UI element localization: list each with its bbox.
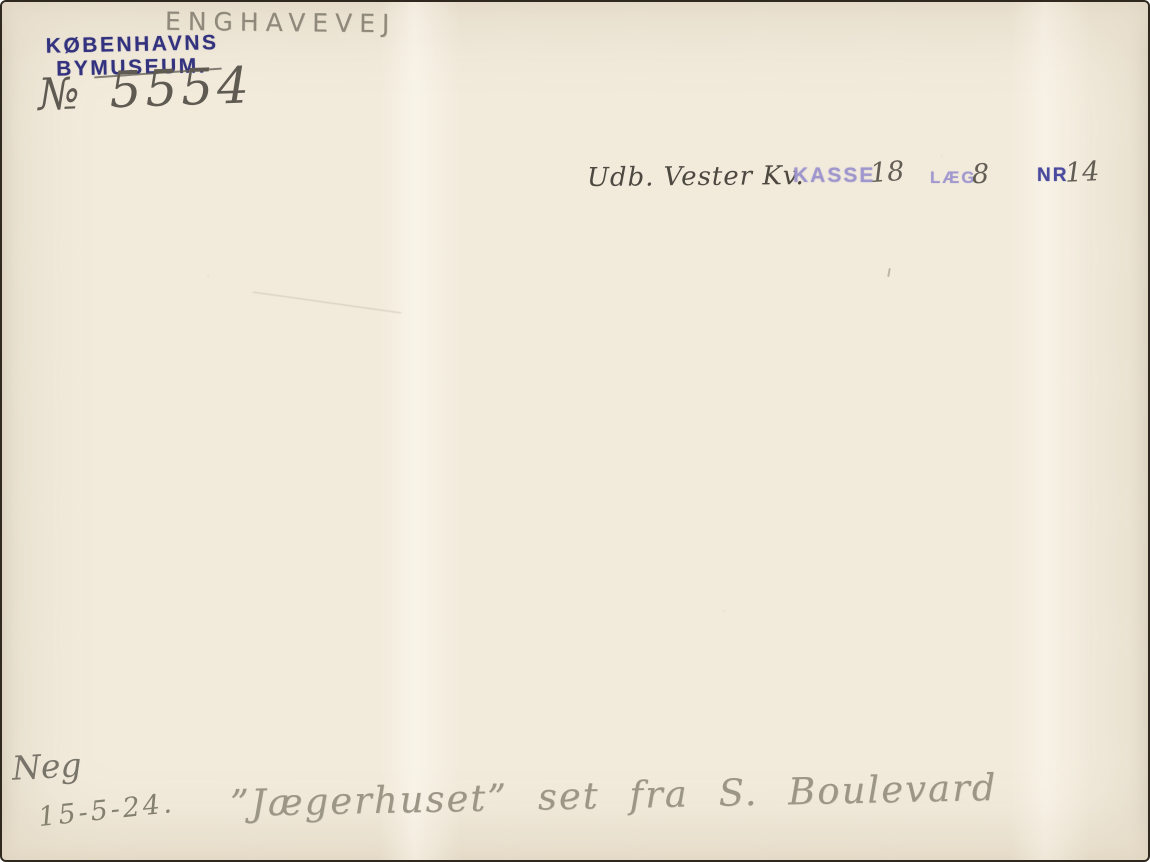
kasse-stamp: KASSE bbox=[793, 164, 875, 188]
kasse-value: 18 bbox=[869, 156, 905, 189]
negative-number: № 5554 bbox=[37, 56, 254, 121]
paper-mark bbox=[887, 268, 891, 277]
paper-scratch bbox=[253, 292, 402, 314]
photo-verso-paper: ENGHAVEVEJ KØBENHAVNS BYMUSEUM. № 5554 U… bbox=[0, 0, 1150, 862]
district-note: Udb. Vester Kv. bbox=[587, 161, 805, 193]
nr-value: 14 bbox=[1064, 156, 1100, 189]
neg-label: Neg bbox=[11, 745, 82, 788]
laeg-value: 8 bbox=[971, 159, 989, 191]
nr-stamp: NR bbox=[1037, 165, 1068, 187]
photo-caption: ”Jægerhuset” set fra S. Boulevard bbox=[230, 766, 998, 825]
laeg-stamp: LÆG bbox=[930, 168, 977, 188]
negative-number-value: 5554 bbox=[109, 56, 254, 119]
paper-texture bbox=[2, 2, 1148, 860]
numero-sign: № bbox=[37, 68, 84, 121]
neg-date: 15-5-24. bbox=[37, 788, 176, 833]
